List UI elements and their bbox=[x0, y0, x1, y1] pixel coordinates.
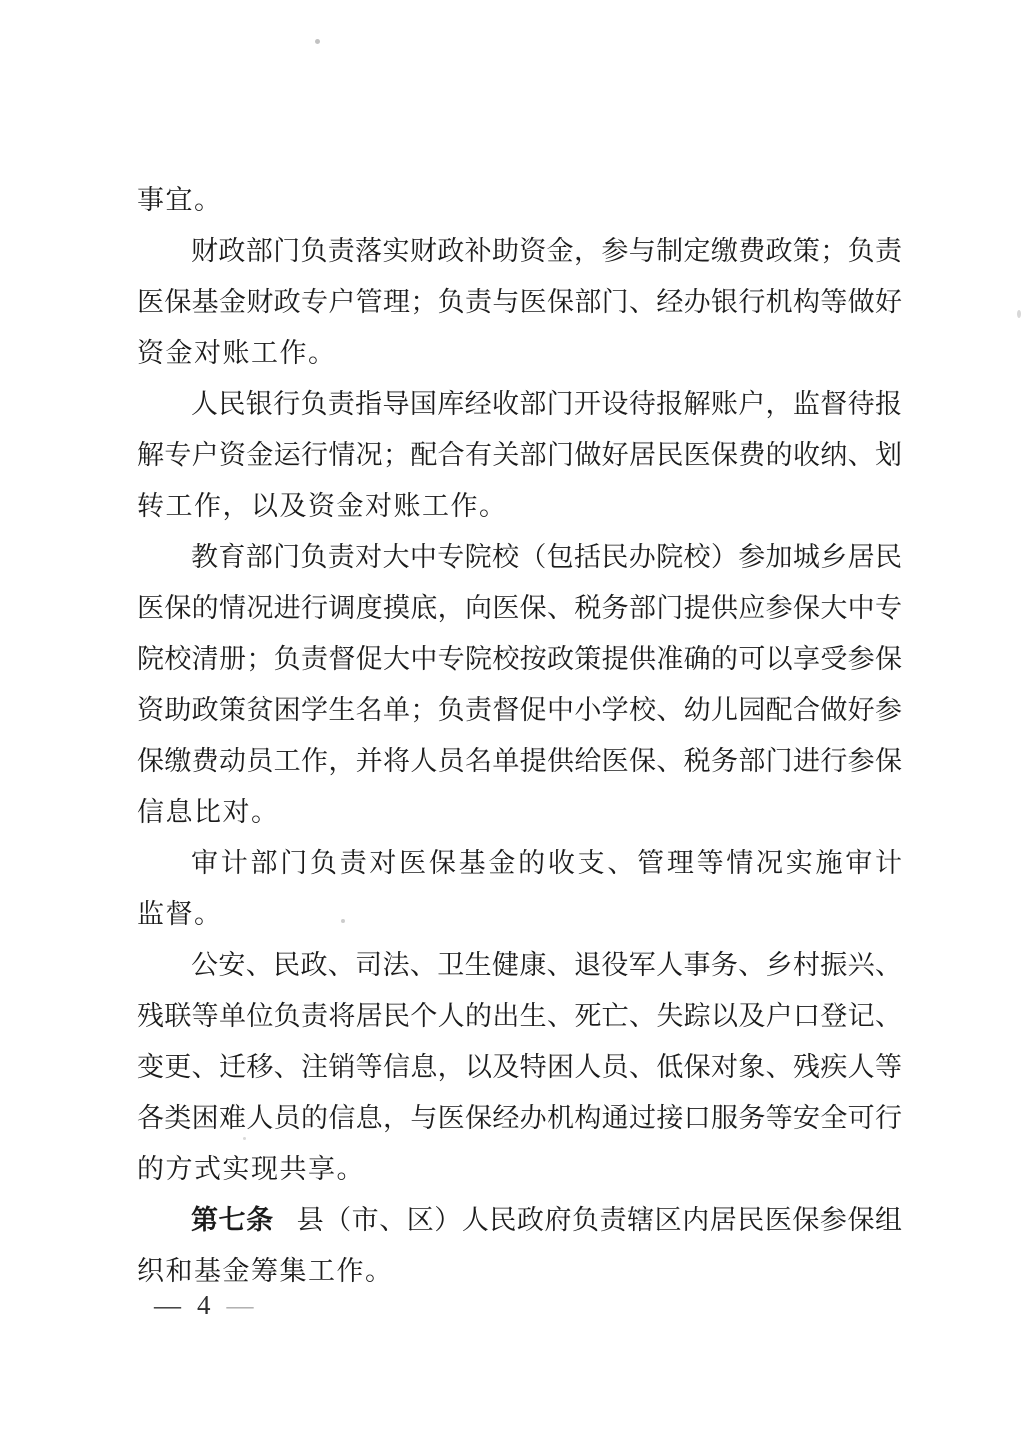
doc-line: 各类困难人员的信息，与医保经办机构通过接口服务等安全可行 bbox=[137, 1093, 902, 1144]
document-text-block: 事宜。 财政部门负责落实财政补助资金，参与制定缴费政策；负责 医保基金财政专户管… bbox=[137, 175, 902, 1297]
page-number: 4 bbox=[197, 1288, 211, 1322]
doc-line: 审计部门负责对医保基金的收支、管理等情况实施审计 bbox=[137, 838, 902, 889]
doc-line: 的方式实现共享。 bbox=[137, 1144, 902, 1195]
scan-speck bbox=[243, 1137, 246, 1140]
doc-line: 公安、民政、司法、卫生健康、退役军人事务、乡村振兴、 bbox=[137, 940, 902, 991]
doc-line: 教育部门负责对大中专院校（包括民办院校）参加城乡居民 bbox=[137, 532, 902, 583]
document-page: 事宜。 财政部门负责落实财政补助资金，参与制定缴费政策；负责 医保基金财政专户管… bbox=[0, 0, 1024, 1448]
doc-line: 解专户资金运行情况；配合有关部门做好居民医保费的收纳、划 bbox=[137, 430, 902, 481]
doc-line: 保缴费动员工作，并将人员名单提供给医保、税务部门进行参保 bbox=[137, 736, 902, 787]
doc-line: 信息比对。 bbox=[137, 787, 902, 838]
doc-line: 医保基金财政专户管理；负责与医保部门、经办银行机构等做好 bbox=[137, 277, 902, 328]
scan-speck bbox=[315, 39, 320, 44]
doc-line: 资金对账工作。 bbox=[137, 328, 902, 379]
doc-line: 变更、迁移、注销等信息，以及特困人员、低保对象、残疾人等 bbox=[137, 1042, 902, 1093]
doc-line-article: 第七条县（市、区）人民政府负责辖区内居民医保参保组 bbox=[137, 1195, 902, 1246]
article-text: 县（市、区）人民政府负责辖区内居民医保参保组 bbox=[297, 1205, 902, 1235]
doc-line: 医保的情况进行调度摸底，向医保、税务部门提供应参保大中专 bbox=[137, 583, 902, 634]
page-footer: —4— bbox=[154, 1288, 254, 1322]
doc-line: 残联等单位负责将居民个人的出生、死亡、失踪以及户口登记、 bbox=[137, 991, 902, 1042]
doc-line: 人民银行负责指导国库经收部门开设待报解账户，监督待报 bbox=[137, 379, 902, 430]
doc-line: 资助政策贫困学生名单；负责督促中小学校、幼儿园配合做好参 bbox=[137, 685, 902, 736]
footer-dash-left: — bbox=[154, 1288, 181, 1322]
doc-line: 财政部门负责落实财政补助资金，参与制定缴费政策；负责 bbox=[137, 226, 902, 277]
doc-line: 转工作，以及资金对账工作。 bbox=[137, 481, 902, 532]
scan-speck bbox=[341, 919, 345, 923]
doc-line: 事宜。 bbox=[137, 175, 902, 226]
doc-line: 监督。 bbox=[137, 889, 902, 940]
doc-line: 院校清册；负责督促大中专院校按政策提供准确的可以享受参保 bbox=[137, 634, 902, 685]
article-number: 第七条 bbox=[191, 1205, 274, 1235]
scan-speck bbox=[1017, 310, 1021, 318]
footer-dash-right: — bbox=[227, 1288, 254, 1322]
